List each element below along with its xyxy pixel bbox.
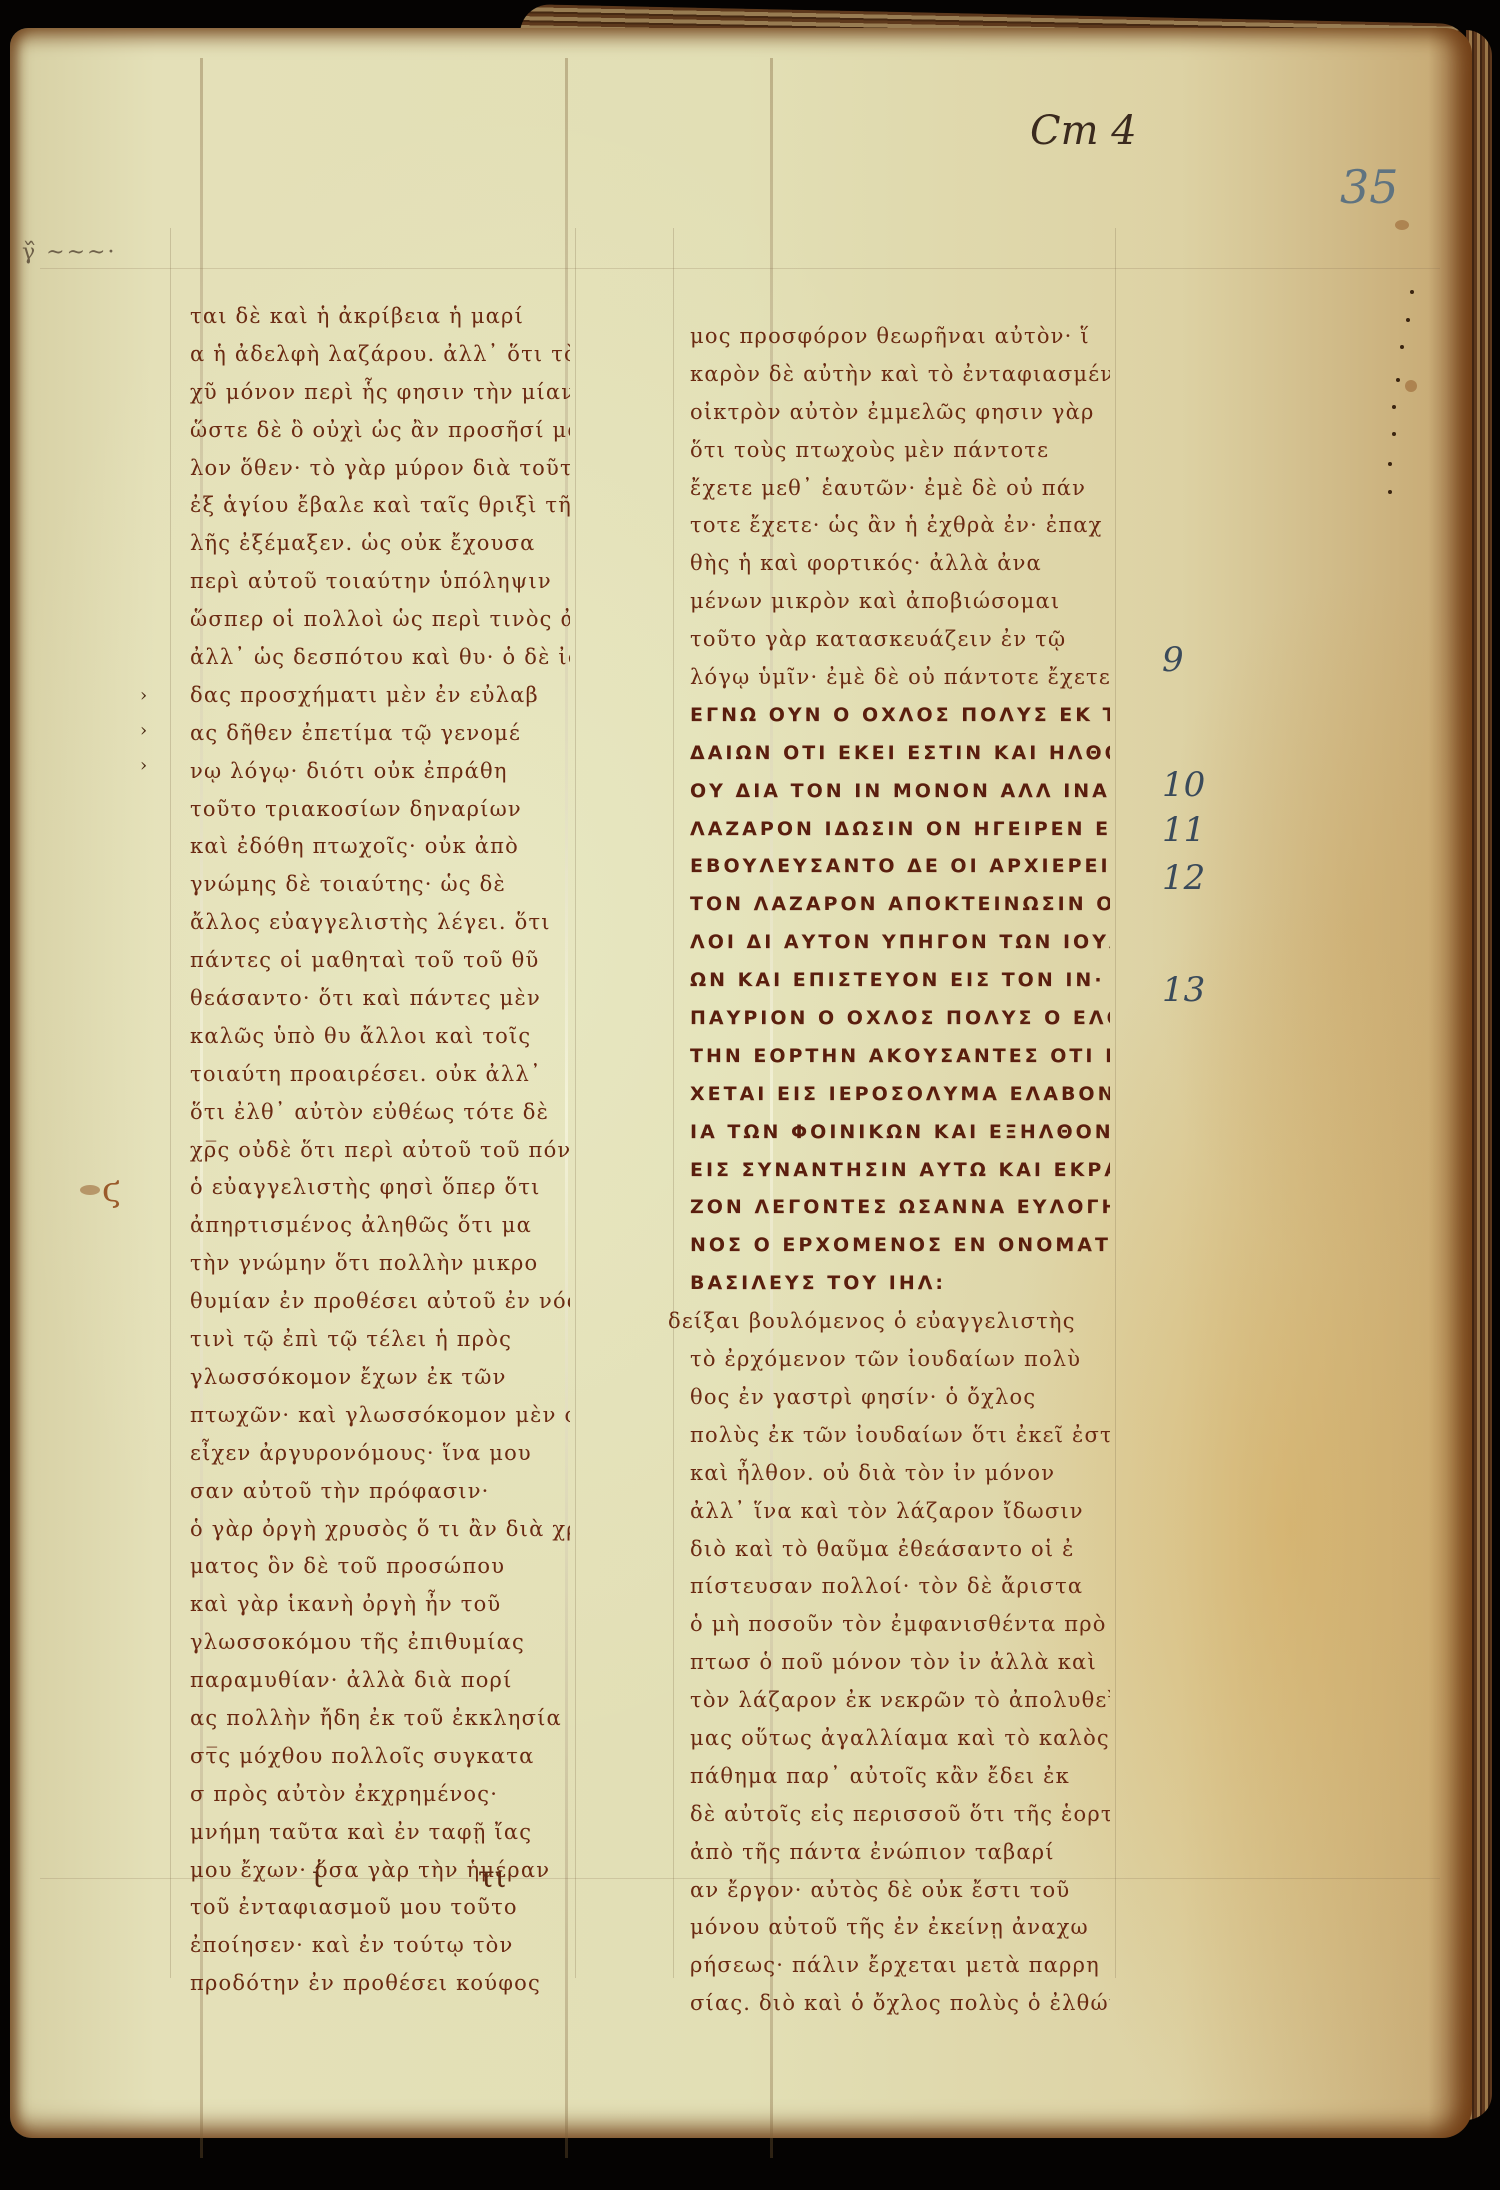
text-line: ΩΝ ΚΑΙ ΕΠΙΣΤΕΥΟΝ ΕΙΣ ΤΟΝ ΙΝ· ΤΗ Ε [690,962,1110,1000]
ruling-line [40,268,1440,269]
text-line: σαν αὐτοῦ τὴν πρόφασιν· [190,1473,570,1511]
text-line: διὸ καὶ τὸ θαῦμα ἐθεάσαντο οἱ ἐ [690,1531,1110,1569]
text-line: ΤΟΝ ΛΑΖΑΡΟΝ ΑΠΟΚΤΕΙΝΩΣΙΝ ΟΤΙ ΠΟΛ [690,886,1110,924]
text-line: δας προσχήματι μὲν ἐν εὐλαβ [190,677,570,715]
text-line: τοτε ἔχετε· ὡς ἂν ἡ ἐχθρὰ ἐν· ἐπαχ [690,507,1110,545]
text-line: ΕΓΝΩ ΟΥΝ Ο ΟΧΛΟΣ ΠΟΛΥΣ ΕΚ ΤΩΝ ΙΟΥ [690,697,1110,735]
text-line: θὴς ἡ καὶ φορτικός· ἀλλὰ ἀνα [690,545,1110,583]
text-line: εἶχεν ἀργυρονόμους· ἵνα μου [190,1435,570,1473]
text-line: α ἡ ἀδελφὴ λαζάρου. ἀλλ᾽ ὅτι τὸν [190,336,570,374]
text-line: λῆς ἐξέμαξεν. ὡς οὐκ ἔχουσα [190,525,570,563]
text-line: δὲ αὐτοῖς εἰς περισσοῦ ὅτι τῆς ἑορτῆς [690,1796,1110,1834]
text-line: καὶ γὰρ ἱκανὴ ὀργὴ ἦν τοῦ [190,1586,570,1624]
ruling-line [170,228,171,1978]
shelfmark-annotation: Cm 4 [1030,108,1137,154]
text-line: αν ἔργον· αὐτὸς δὲ οὐκ ἔστι τοῦ [690,1872,1110,1910]
text-line: ἐποίησεν· καὶ ἐν τούτῳ τὸν [190,1927,570,1965]
left-text-column: ται δὲ καὶ ἡ ἀκρίβεια ἡ μαρία ἡ ἀδελφὴ λ… [190,298,570,2003]
text-line: θυμίαν ἐν προθέσει αὐτοῦ ἐν νόῳ [190,1283,570,1321]
text-line: ὁ εὐαγγελιστὴς φησὶ ὅπερ ὅτι [190,1169,570,1207]
text-line: γλωσσόκομον ἔχων ἐκ τῶν [190,1359,570,1397]
pricking-hole [1392,405,1396,409]
margin-scribble: γ᷈ ~~~· [22,240,116,265]
text-line: δείξαι βουλόμενος ὁ εὐαγγελιστὴς [668,1303,1110,1341]
text-line: ΔΑΙΩΝ ΟΤΙ ΕΚΕΙ ΕΣΤΙΝ ΚΑΙ ΗΛΘΟΝ· [690,735,1110,773]
text-line: ὅτι τοὺς πτωχοὺς μὲν πάντοτε [690,432,1110,470]
ruling-line [1115,228,1116,1978]
text-line: ὁ γὰρ ὀργὴ χρυσὸς ὅ τι ἂν διὰ χρή [190,1511,570,1549]
text-line: σ πρὸς αὐτὸν ἐκχρημένος· [190,1776,570,1814]
text-line: λον ὅθεν· τὸ γὰρ μύρον διὰ τοῦτο [190,450,570,488]
text-line: γλωσσοκόμου τῆς ἐπιθυμίας [190,1624,570,1662]
ink-spot [1405,380,1417,392]
text-line: χρ̅ς οὐδὲ ὅτι περὶ αὐτοῦ τοῦ πόνου [190,1132,570,1170]
text-line: ΧΕΤΑΙ ΕΙΣ ΙΕΡΟΣΟΛΥΜΑ ΕΛΑΒΟΝ ΤΑ ΒΑ [690,1076,1110,1114]
text-line: πάντες οἱ μαθηταὶ τοῦ τοῦ θῦ [190,942,570,980]
text-line: στ̅ς μόχθου πολλοῖς συγκατα [190,1738,570,1776]
text-line: ἀλλ᾽ ὡς δεσπότου καὶ θυ· ὁ δὲ ἰού [190,639,570,677]
text-line: θος ἐν γαστρὶ φησίν· ὁ ὄχλος [690,1379,1110,1417]
text-line: μου ἔχων· ὅσα γὰρ τὴν ἡμέραν [190,1852,570,1890]
folio-number: 35 [1340,160,1399,214]
text-line: ὅτι ἐλθ᾽ αὐτὸν εὐθέως τότε δὲ [190,1094,570,1132]
text-line: καὶ ἦλθον. οὐ διὰ τὸν ἰν μόνον [690,1455,1110,1493]
text-line: ΤΗΝ ΕΟΡΤΗΝ ΑΚΟΥΣΑΝΤΕΣ ΟΤΙ ΙΣ ΕΡ [690,1038,1110,1076]
text-line: ἀπηρτισμένος ἀληθῶς ὅτι μα [190,1207,570,1245]
text-line: ΕΙΣ ΣΥΝΑΝΤΗΣΙΝ ΑΥΤΩ ΚΑΙ ΕΚΡΑ [690,1152,1110,1190]
text-line: ΒΑΣΙΛΕΥΣ ΤΟΥ ΙΗΛ: [690,1265,1110,1303]
verse-number: 11 [1162,810,1205,850]
text-line: καρὸν δὲ αὐτὴν καὶ τὸ ἐνταφιασμένον ἅσ [690,356,1110,394]
text-line: μνήμη ταῦτα καὶ ἐν ταφῇ ἴας [190,1814,570,1852]
gospel-lemma-uncial: ΕΓΝΩ ΟΥΝ Ο ΟΧΛΟΣ ΠΟΛΥΣ ΕΚ ΤΩΝ ΙΟΥΔΑΙΩΝ Ο… [690,697,1110,1303]
text-line: ματος ὃν δὲ τοῦ προσώπου [190,1548,570,1586]
text-line: πτωσ ὁ ποῦ μόνον τὸν ἰν ἀλλὰ καὶ [690,1644,1110,1682]
text-line: θεάσαντο· ὅτι καὶ πάντες μὲν [190,980,570,1018]
text-line: χῦ μόνον περὶ ἧς φησιν τὴν μίαν· [190,374,570,412]
text-line: ται δὲ καὶ ἡ ἀκρίβεια ἡ μαρί [190,298,570,336]
text-line: τοῦτο τριακοσίων δηναρίων [190,791,570,829]
text-line: τὸν λάζαρον ἐκ νεκρῶν τὸ ἀπολυθεὶ [690,1682,1110,1720]
pricking-hole [1406,318,1410,322]
verse-number: 12 [1162,858,1205,898]
text-line: ΠΑΥΡΙΟΝ Ο ΟΧΛΟΣ ΠΟΛΥΣ Ο ΕΛΘΩΝ ΕΙΣ [690,1000,1110,1038]
pricking-hole [1388,462,1392,466]
text-line: τὴν γνώμην ὅτι πολλὴν μικρο [190,1245,570,1283]
ruling-line [575,228,576,1978]
text-line: ἔχετε μεθ᾽ ἑαυτῶν· ἐμὲ δὲ οὐ πάν [690,470,1110,508]
text-line: γνώμης δὲ τοιαύτης· ὡς δὲ [190,866,570,904]
text-line: μένων μικρὸν καὶ ἀποβιώσομαι [690,583,1110,621]
pricking-hole [1396,378,1400,382]
text-line: πτωχῶν· καὶ γλωσσόκομον μὲν οἶκ [190,1397,570,1435]
text-line: λόγῳ ὑμῖν· ἐμὲ δὲ οὐ πάντοτε ἔχετε· [690,659,1110,697]
text-line: τοῦτο γὰρ κατασκευάζειν ἐν τῷ [690,621,1110,659]
text-line: πάθημα παρ᾽ αὐτοῖς κἂν ἔδει ἐκ [690,1758,1110,1796]
text-line: τὸ ἐρχόμενον τῶν ἰουδαίων πολὺ [690,1341,1110,1379]
verse-number: 9 [1162,640,1184,680]
text-line: μος προσφόρον θεωρῆναι αὐτὸν· ἵ [690,318,1110,356]
text-line: ΕΒΟΥΛΕΥΣΑΝΤΟ ΔΕ ΟΙ ΑΡΧΙΕΡΕΙΣ ΙΝΑ ΚΑΙ [690,848,1110,886]
text-line: ας πολλὴν ἤδη ἐκ τοῦ ἐκκλησία [190,1700,570,1738]
text-line: ἐξ ἁγίου ἔβαλε καὶ ταῖς θριξὶ τῆς κεφα [190,487,570,525]
margin-chevron-mark: › [140,685,147,706]
text-line: ΟΥ ΔΙΑ ΤΟΝ ΙΝ ΜΟΝΟΝ ΑΛΛ ΙΝΑ ΚΑΙ ΤΟΝ [690,773,1110,811]
commentary-text-top: μος προσφόρον θεωρῆναι αὐτὸν· ἵκαρὸν δὲ … [690,318,1110,697]
text-line: ἄλλος εὐαγγελιστὴς λέγει. ὅτι [190,904,570,942]
text-line: σίας. διὸ καὶ ὁ ὄχλος πολὺς ὁ ἐλθών [690,1985,1110,2023]
text-line: περὶ αὐτοῦ τοιαύτην ὑπόληψιν [190,563,570,601]
right-text-column: μος προσφόρον θεωρῆναι αὐτὸν· ἵκαρὸν δὲ … [690,318,1110,2023]
ink-spot [1395,220,1409,230]
text-line: πολὺς ἐκ τῶν ἰουδαίων ὅτι ἐκεῖ ἐστι [690,1417,1110,1455]
text-line: ΙΑ ΤΩΝ ΦΟΙΝΙΚΩΝ ΚΑΙ ΕΞΗΛΘΟΝ [690,1114,1110,1152]
ink-spot [80,1185,100,1195]
ruling-line [673,228,674,1978]
text-line: πίστευσαν πολλοί· τὸν δὲ ἄριστα [690,1568,1110,1606]
pricking-hole [1392,432,1396,436]
text-line: ἀπὸ τῆς πάντα ἐνώπιον ταβαρί [690,1834,1110,1872]
text-line: παραμυθίαν· ἀλλὰ διὰ πορί [190,1662,570,1700]
text-line: μας οὕτως ἀγαλλίαμα καὶ τὸ καλὸς [690,1720,1110,1758]
commentary-text-bottom: δείξαι βουλόμενος ὁ εὐαγγελιστὴςτὸ ἐρχόμ… [690,1303,1110,2023]
pricking-hole [1388,490,1392,494]
pricking-hole [1400,345,1404,349]
text-line: ας δῆθεν ἐπετίμα τῷ γενομέ [190,715,570,753]
text-line: μόνου αὐτοῦ τῆς ἐν ἐκείνῃ ἀναχω [690,1909,1110,1947]
text-line: ΛΑΖΑΡΟΝ ΙΔΩΣΙΝ ΟΝ ΗΓΕΙΡΕΝ ΕΚ ΝΕΚΡΩ [690,811,1110,849]
margin-chevron-mark: › [140,755,147,776]
text-line: ΖΟΝ ΛΕΓΟΝΤΕΣ ΩΣΑΝΝΑ ΕΥΛΟΓΗΜΕ [690,1189,1110,1227]
text-line: νῳ λόγῳ· διότι οὐκ ἐπράθη [190,753,570,791]
footer-mark: ί [312,1860,324,1895]
text-line: τοῦ ἐνταφιασμοῦ μου τοῦτο [190,1889,570,1927]
text-line: καὶ ἐδόθη πτωχοῖς· οὐκ ἀπὸ [190,828,570,866]
margin-abbreviation-mark: ϛ [102,1170,121,1210]
pricking-hole [1410,290,1414,294]
text-line: ὥστε δὲ ὃ οὐχὶ ὡς ἂν προσῆσί μαλ [190,412,570,450]
text-line: καλῶς ὑπὸ θυ ἄλλοι καὶ τοῖς [190,1018,570,1056]
text-line: οἰκτρὸν αὐτὸν ἐμμελῶς φησιν γὰρ [690,394,1110,432]
footer-mark: τι [478,1860,506,1895]
verse-number: 13 [1162,970,1205,1010]
text-line: ρήσεως· πάλιν ἔρχεται μετὰ παρρη [690,1947,1110,1985]
text-line: ὥσπερ οἱ πολλοὶ ὡς περὶ τινὸς ἀνδρ. [190,601,570,639]
text-line: τοιαύτη προαιρέσει. οὐκ ἀλλ᾽ [190,1056,570,1094]
text-line: ὁ μὴ ποσοῦν τὸν ἐμφανισθέντα πρὸ [690,1606,1110,1644]
verse-number: 10 [1162,765,1205,805]
margin-chevron-mark: › [140,720,147,741]
text-line: ΝΟΣ Ο ΕΡΧΟΜΕΝΟΣ ΕΝ ΟΝΟΜΑΤΙ ΚΥ Ο [690,1227,1110,1265]
text-line: ἀλλ᾽ ἵνα καὶ τὸν λάζαρον ἴδωσιν [690,1493,1110,1531]
text-line: τινὶ τῷ ἐπὶ τῷ τέλει ἡ πρὸς [190,1321,570,1359]
text-line: ΛΟΙ ΔΙ ΑΥΤΟΝ ΥΠΗΓΟΝ ΤΩΝ ΙΟΥΔΑΙ [690,924,1110,962]
text-line: προδότην ἐν προθέσει κούφος [190,1965,570,2003]
